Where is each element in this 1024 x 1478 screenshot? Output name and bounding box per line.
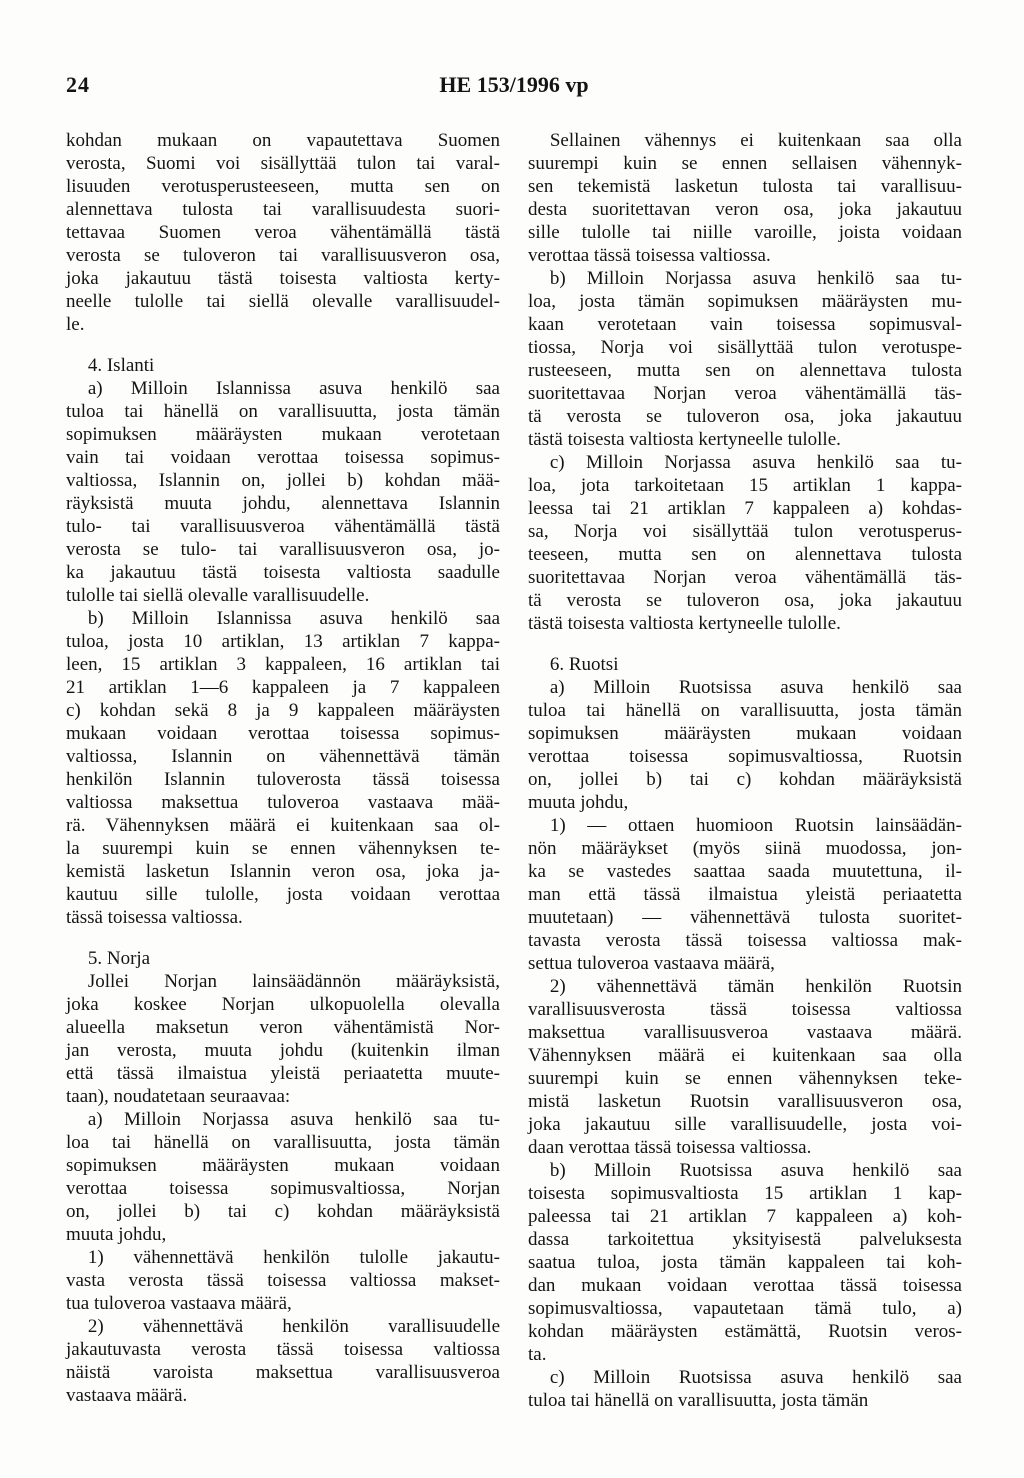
text-line: c) Milloin Norjassa asuva henkilö saa tu… xyxy=(528,451,962,474)
text-line: maksettua varallisuusveroa vastaava määr… xyxy=(528,1021,962,1044)
right-column: Sellainen vähennys ei kuitenkaan saa oll… xyxy=(528,129,962,1412)
text-line: verosta se tuloveron tai varallisuusvero… xyxy=(66,244,500,267)
text-line: tavasta verosta tässä toisessa valtiossa… xyxy=(528,929,962,952)
text-line: a) Milloin Ruotsissa asuva henkilö saa xyxy=(528,676,962,699)
text-line: dan mukaan voidaan verottaa tässä toises… xyxy=(528,1274,962,1297)
paragraph-islanti-a: a) Milloin Islannissa asuva henkilö saat… xyxy=(66,377,500,607)
text-line: verottaa tässä toisessa valtiossa. xyxy=(528,244,962,267)
text-line: jakautuvasta verosta tässä toisessa valt… xyxy=(66,1338,500,1361)
text-line: tuloa tai hänellä on varallisuutta, jost… xyxy=(528,1389,962,1412)
text-line: alueella maksetun veron vähentämistä Nor… xyxy=(66,1016,500,1039)
paragraph-norja-a-2: 2) vähennettävä henkilön varallisuudelle… xyxy=(66,1315,500,1407)
text-line: sille tulolle tai niille varoille, joist… xyxy=(528,221,962,244)
paragraph-norja-a-1: 1) vähennettävä henkilön tulolle jakautu… xyxy=(66,1246,500,1315)
text-line: 2) vähennettävä tämän henkilön Ruotsin xyxy=(528,975,962,998)
text-line: Jollei Norjan lainsäädännön määräyksistä… xyxy=(66,970,500,993)
text-line: mistä lasketun Ruotsin varallisuusveron … xyxy=(528,1090,962,1113)
text-line: tuloa, josta 10 artiklan, 13 artiklan 7 … xyxy=(66,630,500,653)
text-line: henkilön Islannin tuloverosta tässä tois… xyxy=(66,768,500,791)
text-line: tä verosta se tuloveron osa, joka jakaut… xyxy=(528,589,962,612)
document-header: HE 153/1996 vp xyxy=(66,72,962,98)
paragraph-ruotsi-a-2: 2) vähennettävä tämän henkilön Ruotsinva… xyxy=(528,975,962,1159)
left-column: kohdan mukaan on vapautettava Suomenvero… xyxy=(66,129,500,1412)
text-line: daan verottaa tässä toisessa valtiossa. xyxy=(528,1136,962,1159)
text-line: suurempi kuin se ennen vähennyksen teke- xyxy=(528,1067,962,1090)
text-line: rusteeseen, mutta sen on alennettava tul… xyxy=(528,359,962,382)
text-line: suurempi kuin se ennen sellaisen vähenny… xyxy=(528,152,962,175)
text-line: on, jollei b) tai c) kohdan määräyksistä xyxy=(66,1200,500,1223)
page-header-row: 24 HE 153/1996 vp xyxy=(66,72,962,98)
paragraph-norja-a: a) Milloin Norjassa asuva henkilö saa tu… xyxy=(66,1108,500,1246)
text-line: tässä toisessa valtiossa. xyxy=(66,906,500,929)
text-line: jan verosta, muuta johdu (kuitenkin ilma… xyxy=(66,1039,500,1062)
text-line: alennettava tulosta tai varallisuudesta … xyxy=(66,198,500,221)
text-line: varallisuusverosta tässä toisessa valtio… xyxy=(528,998,962,1021)
text-line: loa, josta tämän sopimuksen määräysten m… xyxy=(528,290,962,313)
text-line: 5. Norja xyxy=(66,947,500,970)
text-line: b) Milloin Ruotsissa asuva henkilö saa xyxy=(528,1159,962,1182)
text-line: räyksistä muuta johdu, alennettava Islan… xyxy=(66,492,500,515)
text-line: verottaa toisessa sopimusvaltiossa, Norj… xyxy=(66,1177,500,1200)
text-line: leen, 15 artiklan 3 kappaleen, 16 artikl… xyxy=(66,653,500,676)
text-line: sopimuksen määräysten mukaan voidaan xyxy=(528,722,962,745)
text-line: toisesta sopimusvaltiosta 15 artiklan 1 … xyxy=(528,1182,962,1205)
section-heading-ruotsi: 6. Ruotsi xyxy=(528,653,962,676)
text-line: ka jakautuu tästä toisesta valtiosta saa… xyxy=(66,561,500,584)
text-line: verottaa toisessa sopimusvaltiossa, Ruot… xyxy=(528,745,962,768)
text-line: tiossa, Norja voi sisällyttää tulon vero… xyxy=(528,336,962,359)
text-line: desta suoritettavan veron osa, joka jaka… xyxy=(528,198,962,221)
text-line: dassa tarkoitettua yksityisestä palveluk… xyxy=(528,1228,962,1251)
text-line: että tässä ilmaistua yleistä periaatetta… xyxy=(66,1062,500,1085)
text-line: joka jakautuu sille varallisuudelle, jos… xyxy=(528,1113,962,1136)
paragraph-ruotsi-c: c) Milloin Ruotsissa asuva henkilö saatu… xyxy=(528,1366,962,1412)
text-line: tuloa tai hänellä on varallisuutta, jost… xyxy=(528,699,962,722)
paragraph-ruotsi-b: b) Milloin Ruotsissa asuva henkilö saato… xyxy=(528,1159,962,1366)
text-line: 21 artiklan 1—6 kappaleen ja 7 kappaleen xyxy=(66,676,500,699)
text-line: saatua tuloa, josta tämän kappaleen tai … xyxy=(528,1251,962,1274)
text-line: muuta johdu, xyxy=(528,791,962,814)
text-line: tua tuloveroa vastaava määrä, xyxy=(66,1292,500,1315)
text-line: la suurempi kuin se ennen vähennyksen te… xyxy=(66,837,500,860)
text-line: taan), noudatetaan seuraavaa: xyxy=(66,1085,500,1108)
text-line: kautuu sille tulolle, josta voidaan vero… xyxy=(66,883,500,906)
paragraph-ruotsi-a-1: 1) — ottaen huomioon Ruotsin lainsäädän-… xyxy=(528,814,962,975)
text-columns: kohdan mukaan on vapautettava Suomenvero… xyxy=(66,129,962,1412)
text-line: 4. Islanti xyxy=(66,354,500,377)
text-line: lisuuden verotusperusteeseen, mutta sen … xyxy=(66,175,500,198)
text-line: muuta johdu, xyxy=(66,1223,500,1246)
text-line: suoritettavaa Norjan veroa vähentämällä … xyxy=(528,382,962,405)
text-line: 1) vähennettävä henkilön tulolle jakautu… xyxy=(66,1246,500,1269)
text-line: kaan verotetaan vain toisessa sopimusval… xyxy=(528,313,962,336)
text-line: vastaava määrä. xyxy=(66,1384,500,1407)
text-line: muutetaan) — vähennettävä tulosta suorit… xyxy=(528,906,962,929)
text-line: settua tuloveroa vastaava määrä, xyxy=(528,952,962,975)
text-line: b) Milloin Islannissa asuva henkilö saa xyxy=(66,607,500,630)
text-line: kohdan määräysten estämättä, Ruotsin ver… xyxy=(528,1320,962,1343)
text-line: tettavaa Suomen veroa vähentämällä tästä xyxy=(66,221,500,244)
text-line: b) Milloin Norjassa asuva henkilö saa tu… xyxy=(528,267,962,290)
text-line: on, jollei b) tai c) kohdan määräyksistä xyxy=(528,768,962,791)
text-line: c) Milloin Ruotsissa asuva henkilö saa xyxy=(528,1366,962,1389)
text-line: tästä toisesta valtiosta kertyneelle tul… xyxy=(528,428,962,451)
paragraph-norja-b: b) Milloin Norjassa asuva henkilö saa tu… xyxy=(528,267,962,451)
text-line: kemistä lasketun Islannin veron osa, jok… xyxy=(66,860,500,883)
text-line: suoritettavaa Norjan veroa vähentämällä … xyxy=(528,566,962,589)
text-line: sen tekemistä lasketun tulosta tai varal… xyxy=(528,175,962,198)
text-line: c) kohdan sekä 8 ja 9 kappaleen määräyst… xyxy=(66,699,500,722)
text-line: näistä varoista maksettua varallisuusver… xyxy=(66,1361,500,1384)
text-line: verosta se tulo- tai varallisuusveron os… xyxy=(66,538,500,561)
page-content: 24 HE 153/1996 vp kohdan mukaan on vapau… xyxy=(66,72,962,1412)
paragraph-islanti-b: b) Milloin Islannissa asuva henkilö saat… xyxy=(66,607,500,929)
text-line: teeseen, mutta sen on alennettava tulost… xyxy=(528,543,962,566)
text-line: 1) — ottaen huomioon Ruotsin lainsäädän- xyxy=(528,814,962,837)
text-line: 2) vähennettävä henkilön varallisuudelle xyxy=(66,1315,500,1338)
text-line: vasta verosta tässä toisessa valtiossa m… xyxy=(66,1269,500,1292)
section-heading-islanti: 4. Islanti xyxy=(66,354,500,377)
text-line: ka se vastedes saattaa saada muutettuna,… xyxy=(528,860,962,883)
text-line: tä verosta se tuloveron osa, joka jakaut… xyxy=(528,405,962,428)
text-line: rä. Vähennyksen määrä ei kuitenkaan saa … xyxy=(66,814,500,837)
text-line: sopimuksen määräysten mukaan verotetaan xyxy=(66,423,500,446)
text-line: joka koskee Norjan ulkopuolella olevalla xyxy=(66,993,500,1016)
text-line: valtiossa, Islannin on vähennettävä tämä… xyxy=(66,745,500,768)
text-line: a) Milloin Islannissa asuva henkilö saa xyxy=(66,377,500,400)
text-line: valtiossa maksettua tuloveroa vastaava m… xyxy=(66,791,500,814)
text-line: loa, jota tarkoitetaan 15 artiklan 1 kap… xyxy=(528,474,962,497)
text-line: paleessa tai 21 artiklan 7 kappaleen a) … xyxy=(528,1205,962,1228)
text-line: tulolle tai siellä olevalle varallisuude… xyxy=(66,584,500,607)
document-page: 24 HE 153/1996 vp kohdan mukaan on vapau… xyxy=(0,0,1024,1478)
paragraph-norja-limit: Sellainen vähennys ei kuitenkaan saa oll… xyxy=(528,129,962,267)
text-line: sa, Norja voi sisällyttää tulon verotusp… xyxy=(528,520,962,543)
text-line: le. xyxy=(66,313,500,336)
text-line: loa tai hänellä on varallisuutta, josta … xyxy=(66,1131,500,1154)
paragraph-norja-c: c) Milloin Norjassa asuva henkilö saa tu… xyxy=(528,451,962,635)
text-line: nön määräykset (myös siinä muodossa, jon… xyxy=(528,837,962,860)
text-line: ta. xyxy=(528,1343,962,1366)
paragraph-norja-intro: Jollei Norjan lainsäädännön määräyksistä… xyxy=(66,970,500,1108)
paragraph-continuation: kohdan mukaan on vapautettava Suomenvero… xyxy=(66,129,500,336)
text-line: sopimuksen määräysten mukaan voidaan xyxy=(66,1154,500,1177)
text-line: joka jakautuu tästä toisesta valtiosta k… xyxy=(66,267,500,290)
text-line: Vähennyksen määrä ei kuitenkaan saa olla xyxy=(528,1044,962,1067)
text-line: a) Milloin Norjassa asuva henkilö saa tu… xyxy=(66,1108,500,1131)
text-line: tästä toisesta valtiosta kertyneelle tul… xyxy=(528,612,962,635)
text-line: neelle tulolle tai siellä olevalle varal… xyxy=(66,290,500,313)
text-line: vain tai voidaan verottaa toisessa sopim… xyxy=(66,446,500,469)
text-line: kohdan mukaan on vapautettava Suomen xyxy=(66,129,500,152)
text-line: tuloa tai hänellä on varallisuutta, jost… xyxy=(66,400,500,423)
text-line: leessa tai 21 artiklan 7 kappaleen a) ko… xyxy=(528,497,962,520)
text-line: Sellainen vähennys ei kuitenkaan saa oll… xyxy=(528,129,962,152)
text-line: tulo- tai varallisuusveroa vähentämällä … xyxy=(66,515,500,538)
text-line: verosta, Suomi voi sisällyttää tulon tai… xyxy=(66,152,500,175)
text-line: mukaan voidaan verottaa toisessa sopimus… xyxy=(66,722,500,745)
text-line: sopimusvaltiossa, vapautetaan tämä tulo,… xyxy=(528,1297,962,1320)
section-heading-norja: 5. Norja xyxy=(66,947,500,970)
paragraph-ruotsi-a: a) Milloin Ruotsissa asuva henkilö saatu… xyxy=(528,676,962,814)
text-line: 6. Ruotsi xyxy=(528,653,962,676)
text-line: valtiossa, Islannin on, jollei b) kohdan… xyxy=(66,469,500,492)
text-line: man että tässä ilmaistua yleistä periaat… xyxy=(528,883,962,906)
